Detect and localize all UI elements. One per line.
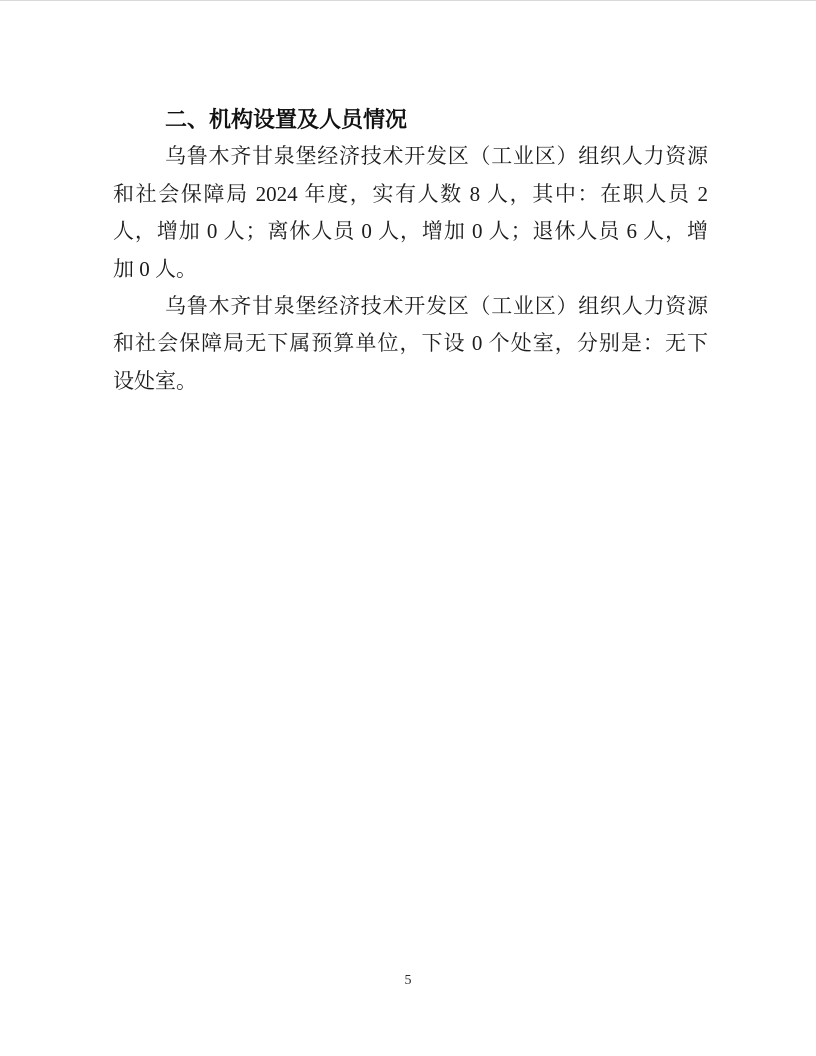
section-heading: 二、机构设置及人员情况 — [113, 101, 708, 138]
paragraph-line: 加 0 人。 — [113, 251, 708, 288]
page-number: 5 — [405, 973, 412, 988]
paragraph-line: 人，增加 0 人；离休人员 0 人，增加 0 人；退休人员 6 人，增 — [113, 213, 708, 250]
paragraph-line: 乌鲁木齐甘泉堡经济技术开发区（工业区）组织人力资源 — [113, 138, 708, 175]
page-footer: 5 — [0, 971, 816, 989]
paragraph-line: 设处室。 — [113, 363, 708, 400]
paragraph-line: 乌鲁木齐甘泉堡经济技术开发区（工业区）组织人力资源 — [113, 288, 708, 325]
paragraph-line: 和社会保障局 2024 年度，实有人数 8 人，其中：在职人员 2 — [113, 176, 708, 213]
paragraph-line: 和社会保障局无下属预算单位，下设 0 个处室，分别是：无下 — [113, 325, 708, 362]
document-body: 二、机构设置及人员情况 乌鲁木齐甘泉堡经济技术开发区（工业区）组织人力资源 和社… — [113, 101, 708, 400]
paragraph-subordinate-units: 乌鲁木齐甘泉堡经济技术开发区（工业区）组织人力资源 和社会保障局无下属预算单位，… — [113, 288, 708, 400]
paragraph-personnel: 乌鲁木齐甘泉堡经济技术开发区（工业区）组织人力资源 和社会保障局 2024 年度… — [113, 138, 708, 288]
document-page: 二、机构设置及人员情况 乌鲁木齐甘泉堡经济技术开发区（工业区）组织人力资源 和社… — [0, 0, 816, 1056]
